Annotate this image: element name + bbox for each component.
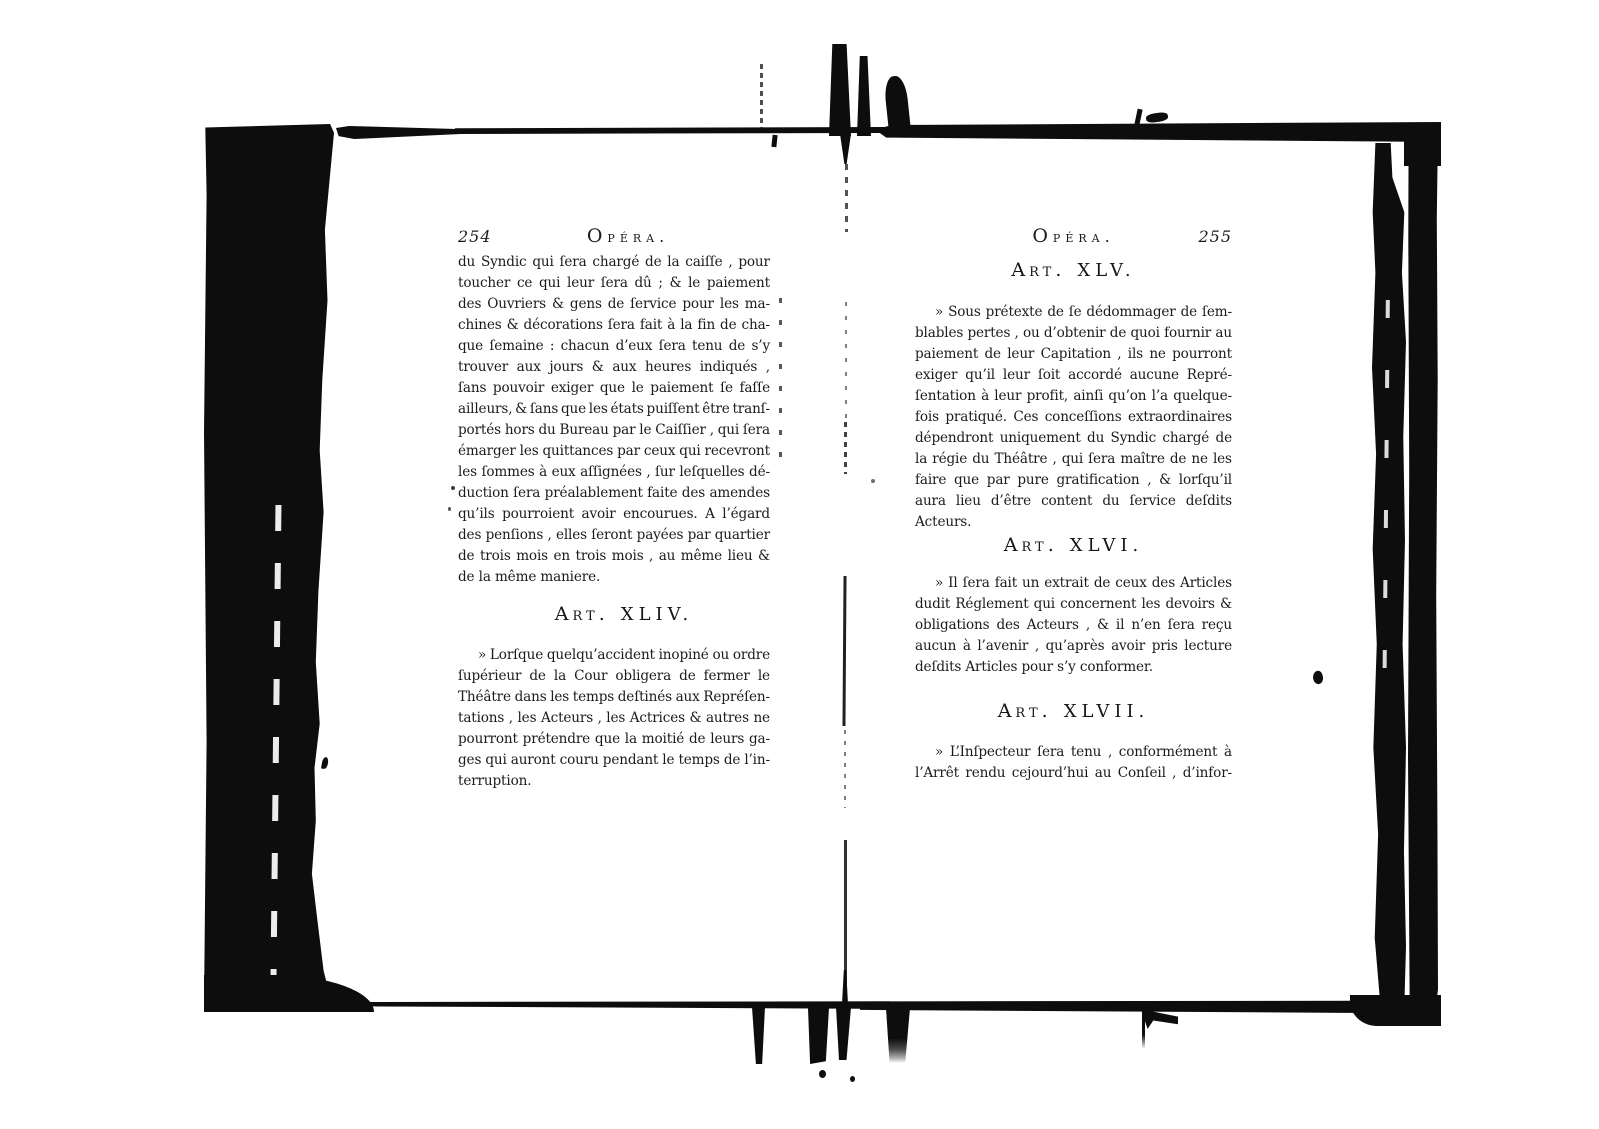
ink-flag-wedge-bottom-right [1145,1010,1178,1029]
left-page-number: 254 [458,226,492,247]
ink-faint-line-top-center [760,64,763,128]
text-line: l’Arrêtrenducejourd’huiauConſeil,d’infor… [915,763,1232,784]
ink-dot-left-margin-2 [448,507,451,511]
text-line: duditRéglementquiconcernentlesdevoirs& [915,594,1232,615]
text-line: despenſions,ellesſerontpayéesparquartier [458,525,770,546]
left-paragraph-1: duSyndicquiſerachargédelacaiſſe,pourtouc… [458,252,770,588]
text-line: ſentationàleurprofit,ainſiqu’onl’aquelqu… [915,386,1232,407]
text-line: foispratiqué.Cesconceſſionsextraordinair… [915,407,1232,428]
text-line: »L’Inſpecteurſeratenu,conformémentà [915,742,1232,763]
article-numeral: XLV. [1077,260,1135,281]
ink-corner-top-right [1404,124,1441,166]
text-line: fairequeparpuregratification,&lorſqu’il [915,470,1232,491]
text-line: touchercequileurſeradû;&lepaiement [458,273,770,294]
right-paragraph-3: »L’Inſpecteurſeratenu,conformémentàl’Arr… [915,742,1232,784]
ink-spike-bottom-1 [752,1007,765,1064]
ink-corner-bottom-right [1350,995,1441,1026]
article-numeral: XLVII. [1064,701,1150,722]
text-line: paiementdeleurCapitation,ilsnepourront [915,344,1232,365]
ink-spike-bottom-4 [886,1008,910,1063]
text-line: deſdits Articles pour s’y conformer. [915,657,1232,678]
left-page-header: 254 Opéra. [458,226,770,250]
text-line: aucunàl’avenir,qu’aprèsavoirprislecture [915,636,1232,657]
article-label: Art. [998,700,1052,722]
ink-line-top-middle [455,127,885,134]
text-line: gesquiaurontcourupendantletempsdel’in- [458,750,770,771]
gutter-shadow-5 [844,840,847,1005]
text-line: detroismoisentroismois,aumêmelieu& [458,546,770,567]
ink-bar-top-center-2 [857,56,871,136]
ink-blotch-right-inner [1372,143,1406,1007]
text-line: ſanspouvoirexigerquelepaiementſefaſſe [458,378,770,399]
article-heading-xliv: Art.XLIV. [468,604,780,627]
text-line: ailleurs,&ſansquelesétatspuiſſentêtretra… [458,399,770,420]
ink-spike-bottom-2 [808,1008,829,1064]
left-paragraph-2: »Lorſquequelqu’accidentinopinéouordreſup… [458,645,770,792]
text-line: »Sousprétextedeſedédommagerdeſem- [915,302,1232,323]
ink-dot-right-margin [871,479,875,483]
ink-tick-below-top [771,135,777,147]
ink-spike-bottom-3 [836,1007,851,1060]
ink-specks-left-margin [779,298,782,466]
text-line: duSyndicquiſerachargédelacaiſſe,pour [458,252,770,273]
text-line: exigerqu’illeurſoitaccordéaucuneRepré- [915,365,1232,386]
ink-line-bottom-right [860,1002,1365,1013]
ink-bar-top-center-3 [883,75,911,131]
text-line: qu’ilspourroientavoirencourues.Al’égard [458,504,770,525]
right-running-head: Opéra. [1032,226,1114,247]
text-line: auralieud’êtrecontentduſervicedeſdits [915,491,1232,512]
text-line: trouverauxjours&auxheuresindiqués, [458,357,770,378]
text-line: de la même maniere. [458,567,770,588]
text-line: larégieduThéâtre,quiſeramaîtredeneles [915,449,1232,470]
article-numeral: XLVI. [1070,535,1143,556]
text-line: tations,lesActeurs,lesActrices&autresne [458,708,770,729]
text-line: obligationsdesActeurs,&iln’enſerareçu [915,615,1232,636]
left-running-head: Opéra. [587,226,669,247]
article-heading-xlvii: Art.XLVII. [915,701,1232,724]
ink-dot-left-margin-1 [451,486,455,490]
ink-bar-top-center-1 [829,44,851,136]
article-heading-xlvi: Art.XLVI. [915,535,1232,558]
ink-blotch-left-edge [204,124,334,1006]
ink-line-top-right [875,122,1441,142]
gutter-shadow-1 [845,302,847,420]
text-line: pourrontprétendrequelamoitiédeleursga- [458,729,770,750]
ink-flag-line-bottom-right [1142,1008,1145,1049]
text-line: ſupérieurdelaCourobligeradefermerle [458,666,770,687]
text-line: »IlſerafaitunextraitdeceuxdesArticles [915,573,1232,594]
text-line: dépendrontuniquementduSyndicchargéde [915,428,1232,449]
text-line: blablespertes,oud’obtenirdequoifournirau [915,323,1232,344]
text-line: lesſommesàeuxaſſignées,ſurleſquellesdé- [458,462,770,483]
ink-tick-top-right-1 [1134,109,1142,126]
text-line: émargerlesquittancesparceuxquirecevront [458,441,770,462]
article-numeral: XLIV. [621,604,693,625]
text-line: chines&décorationsſerafaitàlafindecha- [458,315,770,336]
ink-blotch-right-outer [1408,128,1438,1025]
book-scan-page: 254 Opéra. duSyndicquiſerachargédelacaiſ… [0,0,1599,1129]
ink-tick-top-right-2 [1145,112,1168,124]
ink-spike-tail [845,164,848,232]
text-line: portéshorsduBureauparleCaiſſier,quiſera [458,420,770,441]
text-line: queſemaine:chacund’euxſeratenudes’y [458,336,770,357]
right-paragraph-2: »IlſerafaitunextraitdeceuxdesArticlesdud… [915,573,1232,678]
ink-mark-left-band-edge [321,757,329,770]
gutter-shadow-4 [844,730,846,808]
article-label: Art. [555,603,609,625]
article-label: Art. [1011,259,1065,281]
text-line: desOuvriers&gensdeſervicepourlesma- [458,294,770,315]
ink-spike-below-top [840,134,851,164]
gutter-shadow-3 [842,576,846,726]
article-heading-xlv: Art.XLV. [915,260,1232,283]
ink-dot-right-page [1311,670,1324,685]
text-line: »Lorſquequelqu’accidentinopinéouordre [458,645,770,666]
text-line: ductionſerapréalablementfaitedesamendes [458,483,770,504]
right-page-header: Opéra. 255 [915,226,1232,250]
right-page-number: 255 [1198,226,1232,247]
ink-speck-bottom-2 [850,1076,855,1082]
ink-line-top-left [336,126,466,139]
text-line: terruption. [458,771,770,792]
text-line: ThéâtredanslestempsdeſtinésauxRepréſen- [458,687,770,708]
text-line: Acteurs. [915,512,1232,533]
ink-corner-bottom-left [204,975,374,1012]
right-paragraph-1: »Sousprétextedeſedédommagerdeſem-blables… [915,302,1232,533]
ink-speck-bottom-1 [819,1070,826,1078]
gutter-shadow-2 [844,422,847,474]
article-label: Art. [1004,534,1058,556]
